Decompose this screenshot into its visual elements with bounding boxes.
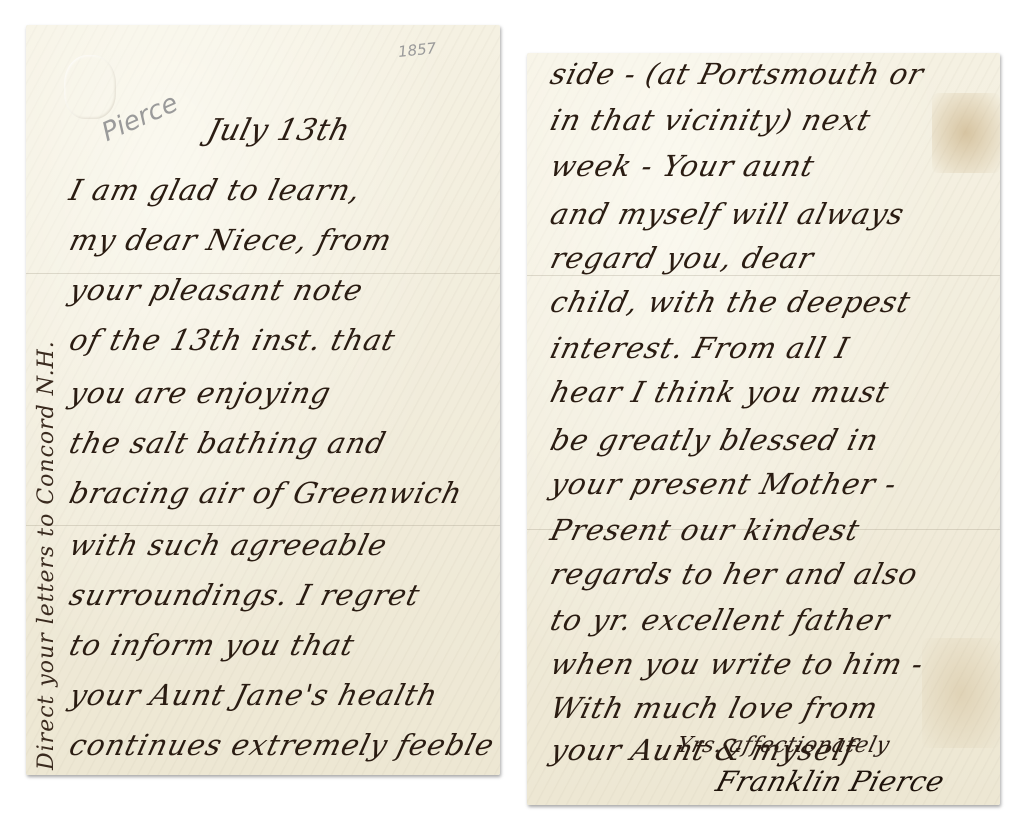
letter-date: July 13th	[204, 113, 354, 148]
water-stain	[932, 93, 1000, 173]
letter-page-left: Pierce 1857 July 13th I am glad to learn…	[26, 25, 500, 775]
body-line: hear I think you must	[547, 375, 893, 409]
body-line: With much love from	[547, 691, 882, 725]
body-line: your present Mother -	[547, 467, 901, 501]
body-line: Present our kindest	[547, 513, 864, 547]
body-line: continues extremely feeble	[66, 728, 498, 762]
body-line: you are enjoying	[66, 376, 335, 410]
pencil-annotation-year: 1857	[397, 39, 437, 61]
body-line: your pleasant note	[66, 273, 367, 307]
body-line: bracing air of Greenwich	[66, 476, 466, 510]
letter-closing: Yrs. affectionately	[674, 733, 893, 758]
body-line: the salt bathing and	[66, 426, 390, 460]
body-line: I am glad to learn,	[66, 173, 365, 207]
body-line: in that vicinity) next	[547, 103, 875, 137]
body-line: surroundings. I regret	[66, 578, 424, 612]
body-line: child, with the deepest	[547, 285, 914, 319]
body-line: and myself will always	[547, 197, 908, 231]
body-line: interest. From all I	[547, 331, 853, 365]
letter-scan: Pierce 1857 July 13th I am glad to learn…	[0, 0, 1024, 833]
fold-crease	[527, 275, 1000, 276]
margin-note-vertical: Direct your letters to Concord N.H.	[34, 340, 59, 770]
water-stain	[922, 638, 1000, 748]
fold-crease	[26, 525, 500, 526]
body-line: to yr. excellent father	[547, 603, 894, 637]
letter-signature: Franklin Pierce	[712, 765, 948, 798]
body-line: be greatly blessed in	[547, 423, 882, 457]
body-line: to inform you that	[66, 628, 359, 662]
body-line: my dear Niece, from	[66, 223, 396, 257]
embossed-crest-icon	[64, 55, 116, 119]
body-line: your Aunt Jane's health	[66, 678, 442, 712]
letter-page-right: side - (at Portsmouth or in that vicinit…	[527, 53, 1000, 805]
body-line: with such agreeable	[66, 528, 391, 562]
body-line: of the 13th inst. that	[66, 323, 399, 357]
body-line: week - Your aunt	[547, 149, 819, 183]
body-line: regards to her and also	[547, 557, 922, 591]
body-line: when you write to him -	[547, 647, 928, 681]
body-line: side - (at Portsmouth or	[547, 57, 928, 91]
body-line: regard you, dear	[547, 241, 818, 275]
